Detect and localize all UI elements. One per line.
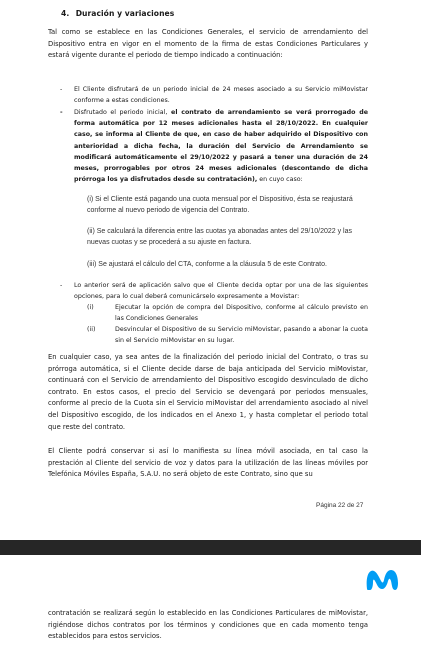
option-item: (ii) Desvincular el Dispositivo de su Se… xyxy=(87,324,368,346)
bullet-lead: Disfrutado el periodo inicial, xyxy=(74,109,167,116)
paragraph-mobile-line: El Cliente podrá conservar si así lo man… xyxy=(48,446,368,481)
bullet-dash: - xyxy=(60,107,63,118)
bullet-dash: - xyxy=(60,280,62,291)
intro-paragraph: Tal como se establece en las Condiciones… xyxy=(48,27,368,62)
section-heading: 4. Duración y variaciones xyxy=(61,9,174,18)
bullet-item: - Disfrutado el periodo inicial, el cont… xyxy=(74,107,368,185)
document-page-22: 4. Duración y variaciones Tal como se es… xyxy=(0,0,421,540)
continuation-paragraph: contratación se realizará según lo estab… xyxy=(48,608,368,643)
sub-item: (i) Si el Cliente está pagando una cuota… xyxy=(87,194,367,216)
movistar-logo-icon xyxy=(363,567,401,593)
option-marker: (i) xyxy=(87,302,94,313)
bullet-text: Lo anterior será de aplicación salvo que… xyxy=(74,282,368,300)
option-item: (i) Ejecutar la opción de compra del Dis… xyxy=(87,302,368,324)
bullet-item: - El Cliente disfrutará de un periodo in… xyxy=(74,84,368,106)
bullet-text: El Cliente disfrutará de un periodo inic… xyxy=(74,86,368,104)
bullet-dash: - xyxy=(60,84,62,95)
bullet-text-bold: el contrato de arrendamiento se verá pro… xyxy=(74,109,368,183)
bullet-item: - Lo anterior será de aplicación salvo q… xyxy=(74,280,368,302)
option-text: Ejecutar la opción de compra del Disposi… xyxy=(115,302,368,324)
page-number: Página 22 de 27 xyxy=(316,502,363,509)
section-number: 4. xyxy=(61,9,73,18)
option-text: Desvincular el Dispositivo de su Servici… xyxy=(115,324,368,346)
option-marker: (ii) xyxy=(87,324,95,335)
sub-item: (iii) Se ajustará el cálculo del CTA, co… xyxy=(87,259,367,270)
sub-item: (ii) Se calculará la diferencia entre la… xyxy=(87,226,367,248)
paragraph-early-termination: En cualquier caso, ya sea antes de la fi… xyxy=(48,352,368,433)
bullet-tail: en cuyo caso: xyxy=(257,176,302,183)
page-separator xyxy=(0,540,421,555)
section-title: Duración y variaciones xyxy=(76,9,175,18)
